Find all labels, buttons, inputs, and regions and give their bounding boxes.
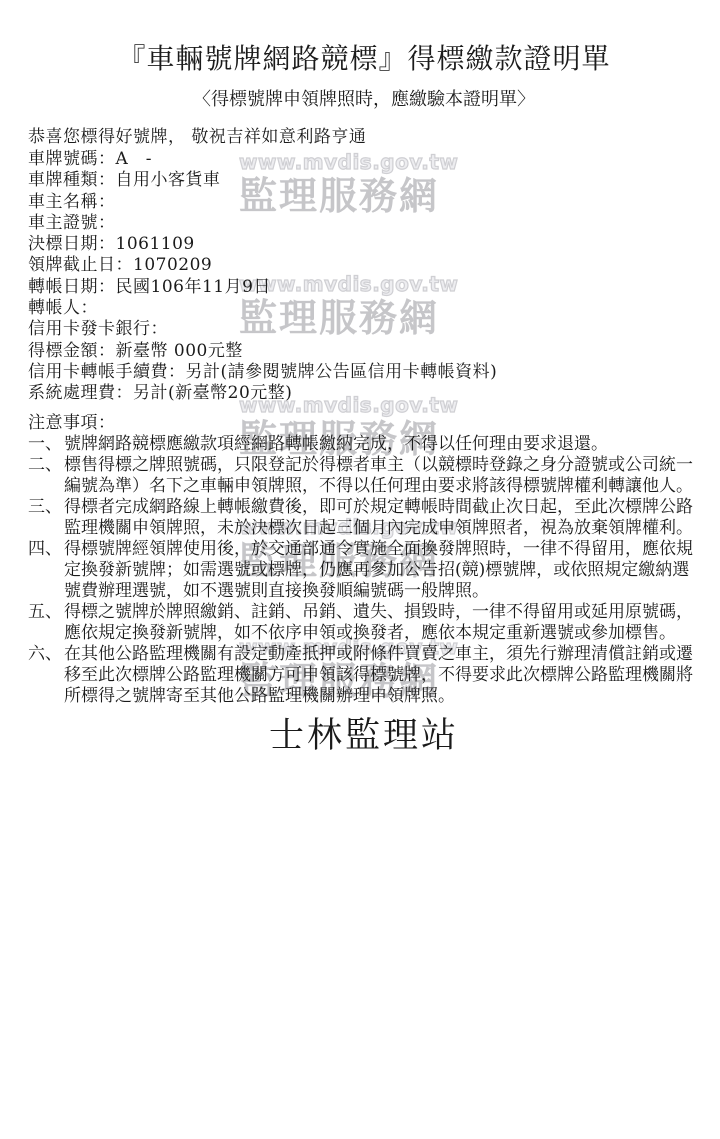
note-text: 得標號牌經領牌使用後，於交通部通令實施全面換發牌照時，一律不得留用，應依規定換發… (64, 539, 700, 602)
note-text: 標售得標之牌照號碼，只限登記於得標者車主（以競標時登錄之身分證號或公司統一編號為… (64, 455, 700, 497)
field-row: 決標日期：1061109 (28, 234, 700, 255)
field-label: 得標金額： (28, 341, 116, 361)
field-label: 車主名稱： (28, 192, 116, 212)
certificate-content: 『車輛號牌網路競標』得標繳款證明單 〈得標號牌申領牌照時，應繳驗本證明單〉 恭喜… (0, 0, 720, 1139)
note-text: 號牌網路競標應繳款項經網路轉帳繳納完成，不得以任何理由要求退還。 (64, 434, 700, 455)
field-value: 自用小客貨車 (116, 170, 221, 190)
field-value: 1070209 (133, 255, 212, 275)
note-item: 六、 在其他公路監理機關有設定動產抵押或附條件買賣之車主，須先行辦理清償註銷或遷… (28, 644, 700, 707)
field-value: 1061109 (116, 234, 195, 254)
field-row: 車牌號碼：A - (28, 149, 700, 170)
field-row: 車牌種類：自用小客貨車 (28, 170, 700, 191)
note-number: 六、 (28, 644, 64, 707)
field-label: 轉帳人： (28, 298, 98, 318)
certificate-page: www.mvdis.gov.tw監理服務網www.mvdis.gov.tw監理服… (0, 0, 720, 1139)
note-number: 二、 (28, 455, 64, 497)
field-label: 車主證號： (28, 213, 116, 233)
field-row: 信用卡發卡銀行： (28, 319, 700, 340)
field-row: 車主證號： (28, 213, 700, 234)
note-text: 在其他公路監理機關有設定動產抵押或附條件買賣之車主，須先行辦理清償註銷或遷移至此… (64, 644, 700, 707)
field-row: 轉帳人： (28, 298, 700, 319)
note-number: 五、 (28, 602, 64, 644)
note-number: 一、 (28, 434, 64, 455)
field-label: 決標日期： (28, 234, 116, 254)
notes-header: 注意事項： (28, 413, 700, 435)
note-item: 一、 號牌網路競標應繳款項經網路轉帳繳納完成，不得以任何理由要求退還。 (28, 434, 700, 455)
page-subtitle: 〈得標號牌申領牌照時，應繳驗本證明單〉 (28, 89, 700, 111)
note-item: 三、 得標者完成網路線上轉帳繳費後，即可於規定轉帳時間截止次日起，至此次標牌公路… (28, 497, 700, 539)
field-row: 得標金額：新臺幣 000元整 (28, 341, 700, 362)
field-value: 新臺幣 000元整 (116, 341, 243, 361)
field-label: 轉帳日期： (28, 277, 116, 297)
field-row: 系統處理費：另計(新臺幣20元整) (28, 383, 700, 404)
field-row: 領牌截止日：1070209 (28, 255, 700, 276)
field-label: 領牌截止日： (28, 255, 133, 275)
notes-list: 一、 號牌網路競標應繳款項經網路轉帳繳納完成，不得以任何理由要求退還。 二、 標… (28, 434, 700, 707)
field-label: 信用卡轉帳手續費： (28, 362, 186, 382)
field-row: 信用卡轉帳手續費：另計(請參閱號牌公告區信用卡轉帳資料) (28, 362, 700, 383)
field-row: 車主名稱： (28, 192, 700, 213)
note-item: 五、 得標之號牌於牌照繳銷、註銷、吊銷、遺失、損毀時，一律不得留用或延用原號碼，… (28, 602, 700, 644)
note-number: 三、 (28, 497, 64, 539)
note-item: 二、 標售得標之牌照號碼，只限登記於得標者車主（以競標時登錄之身分證號或公司統一… (28, 455, 700, 497)
field-value: 民國106年11月9日 (116, 277, 271, 297)
note-text: 得標之號牌於牌照繳銷、註銷、吊銷、遺失、損毀時，一律不得留用或延用原號碼，應依規… (64, 602, 700, 644)
field-label: 車牌號碼： (28, 149, 116, 169)
note-number: 四、 (28, 539, 64, 602)
greeting-line: 恭喜您標得好號牌， 敬祝吉祥如意利路亨通 (28, 126, 700, 148)
note-text: 得標者完成網路線上轉帳繳費後，即可於規定轉帳時間截止次日起，至此次標牌公路監理機… (64, 497, 700, 539)
field-label: 車牌種類： (28, 170, 116, 190)
field-label: 信用卡發卡銀行： (28, 319, 168, 339)
field-value: 另計(請參閱號牌公告區信用卡轉帳資料) (186, 362, 498, 382)
field-value: A - (116, 149, 153, 169)
field-row: 轉帳日期：民國106年11月9日 (28, 277, 700, 298)
page-title: 『車輛號牌網路競標』得標繳款證明單 (28, 42, 700, 76)
station-name: 士林監理站 (28, 715, 700, 757)
field-value: 另計(新臺幣20元整) (133, 383, 292, 403)
field-label: 系統處理費： (28, 383, 133, 403)
note-item: 四、 得標號牌經領牌使用後，於交通部通令實施全面換發牌照時，一律不得留用，應依規… (28, 539, 700, 602)
fields-list: 車牌號碼：A -車牌種類：自用小客貨車車主名稱：車主證號：決標日期：106110… (28, 149, 700, 405)
